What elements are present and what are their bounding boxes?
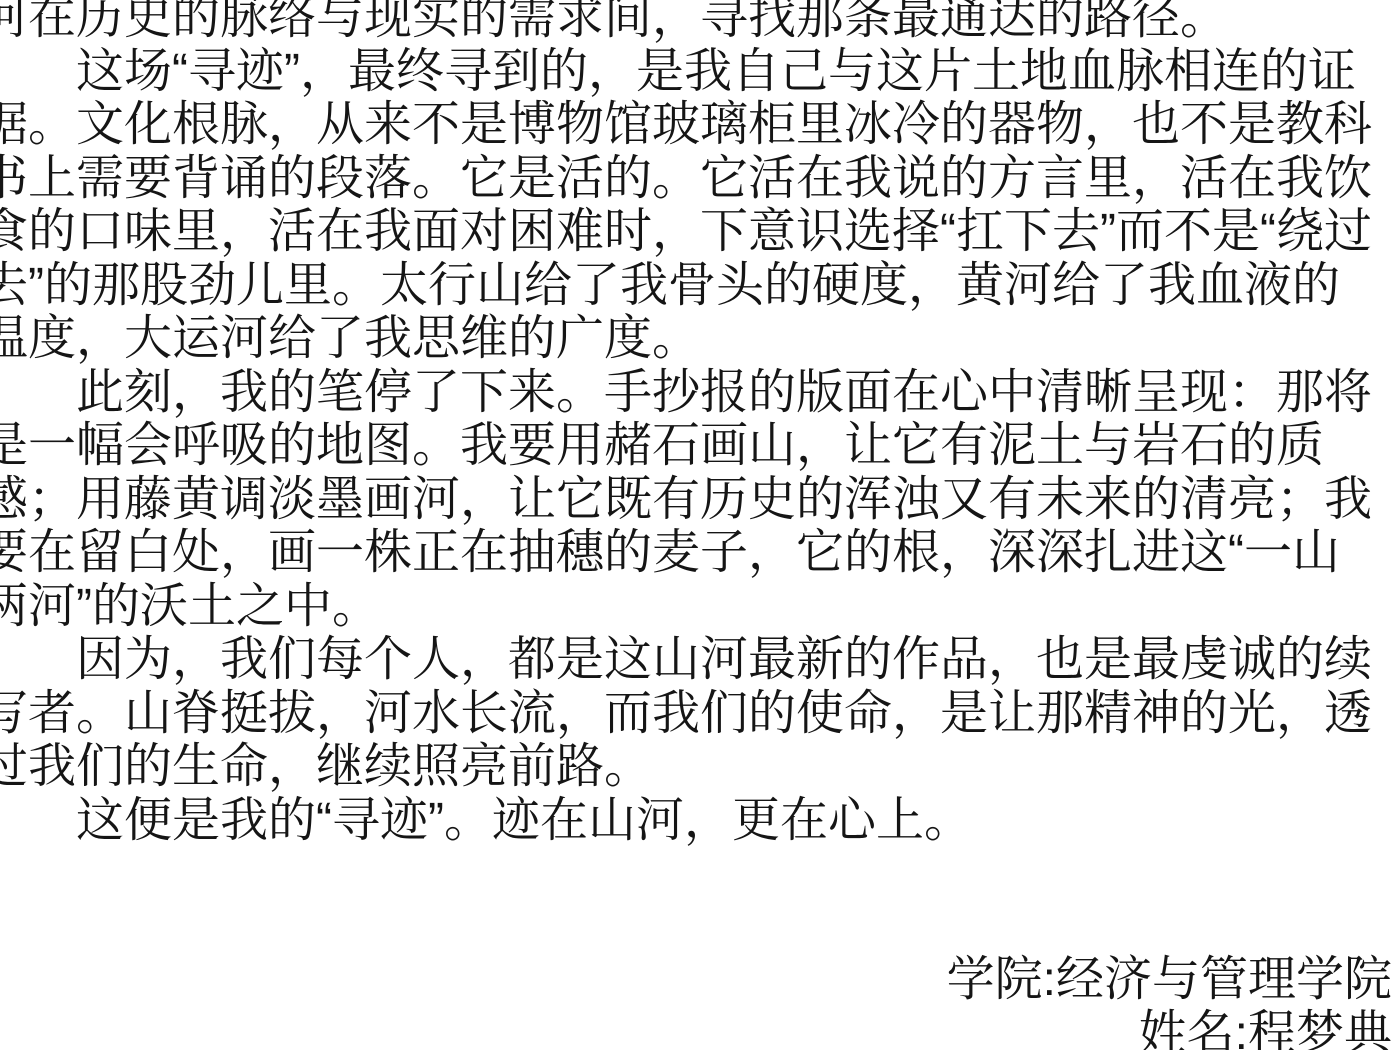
- text-line: 感；用藤黄调淡墨画河，让它既有历史的浑浊又有未来的清亮；我: [0, 473, 1396, 527]
- text-line: 要在留白处，画一株正在抽穗的麦子，它的根，深深扎进这“一山: [0, 526, 1396, 580]
- text-line: 温度，大运河给了我思维的广度。: [0, 312, 1396, 366]
- text-line: 过我们的生命，继续照亮前路。: [0, 740, 1396, 794]
- document-page: 河在历史的脉络与现实的需求间，寻找那条最通达的路径。 这场“寻迹”，最终寻到的，…: [0, 0, 1396, 1050]
- text-line: 因为，我们每个人，都是这山河最新的作品，也是最虔诚的续: [0, 633, 1396, 687]
- signature-block: 学院:经济与管理学院 姓名:程梦典: [947, 950, 1392, 1050]
- text-line: 两河”的沃土之中。: [0, 580, 1396, 634]
- text-line: 食的口味里，活在我面对困难时，下意识选择“扛下去”而不是“绕过: [0, 205, 1396, 259]
- college-line: 学院:经济与管理学院: [947, 950, 1392, 1004]
- text-line: 据。文化根脉，从来不是博物馆玻璃柜里冰冷的器物，也不是教科: [0, 98, 1396, 152]
- text-line: 河在历史的脉络与现实的需求间，寻找那条最通达的路径。: [0, 0, 1396, 45]
- text-line: 这场“寻迹”，最终寻到的，是我自己与这片土地血脉相连的证: [0, 45, 1396, 99]
- author-name-line: 姓名:程梦典: [947, 1004, 1392, 1050]
- text-line: 写者。山脊挺拔，河水长流，而我们的使命，是让那精神的光，透: [0, 687, 1396, 741]
- text-line: 书上需要背诵的段落。它是活的。它活在我说的方言里，活在我饮: [0, 152, 1396, 206]
- essay-body-text: 河在历史的脉络与现实的需求间，寻找那条最通达的路径。 这场“寻迹”，最终寻到的，…: [0, 0, 1396, 847]
- text-line: 是一幅会呼吸的地图。我要用赭石画山，让它有泥土与岩石的质: [0, 419, 1396, 473]
- text-line: 这便是我的“寻迹”。迹在山河，更在心上。: [0, 794, 1396, 848]
- text-line: 去”的那股劲儿里。太行山给了我骨头的硬度，黄河给了我血液的: [0, 259, 1396, 313]
- text-line: 此刻，我的笔停了下来。手抄报的版面在心中清晰呈现：那将: [0, 366, 1396, 420]
